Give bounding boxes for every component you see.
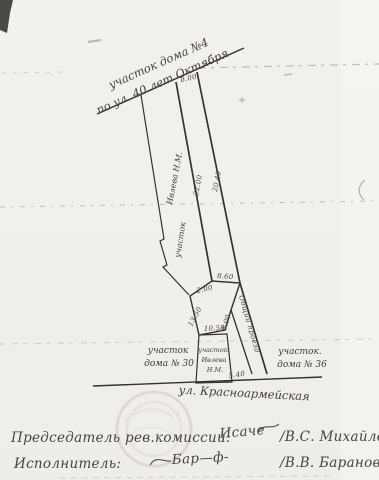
scan-artifact-dash — [284, 74, 292, 75]
south-east-plot-line2: дома № 36 — [277, 360, 327, 370]
scanned-survey-document: участок дома №4 по ул. 40 лет Октября 8.… — [0, 0, 379, 480]
signature-row2-autograph: Бар—ф- — [170, 449, 229, 468]
plot-plan-canvas: участок дома №4 по ул. 40 лет Октября 8.… — [0, 0, 379, 480]
south-west-plot-line1: участок — [147, 346, 189, 356]
signature-row2-name: /В.В. Баранова/ — [278, 455, 379, 471]
south-west-plot-line2: дома № 30 — [144, 359, 194, 369]
south-east-plot-line1: участок. — [277, 347, 322, 357]
signature-row1-title: Председатель рев.комиссии: — [10, 430, 231, 446]
south-center-plot-line2: Ивлева — [200, 356, 226, 364]
south-center-plot-line3: Н.М. — [206, 366, 223, 374]
signature-row1-name: /В.С. Михайлов/ — [278, 429, 379, 445]
south-center-plot-line1: участок — [197, 346, 227, 354]
dimension-house-top: 8.60 — [217, 272, 234, 281]
page-edge-band — [341, 0, 379, 480]
signature-row2-title: Исполнитель: — [13, 456, 121, 472]
